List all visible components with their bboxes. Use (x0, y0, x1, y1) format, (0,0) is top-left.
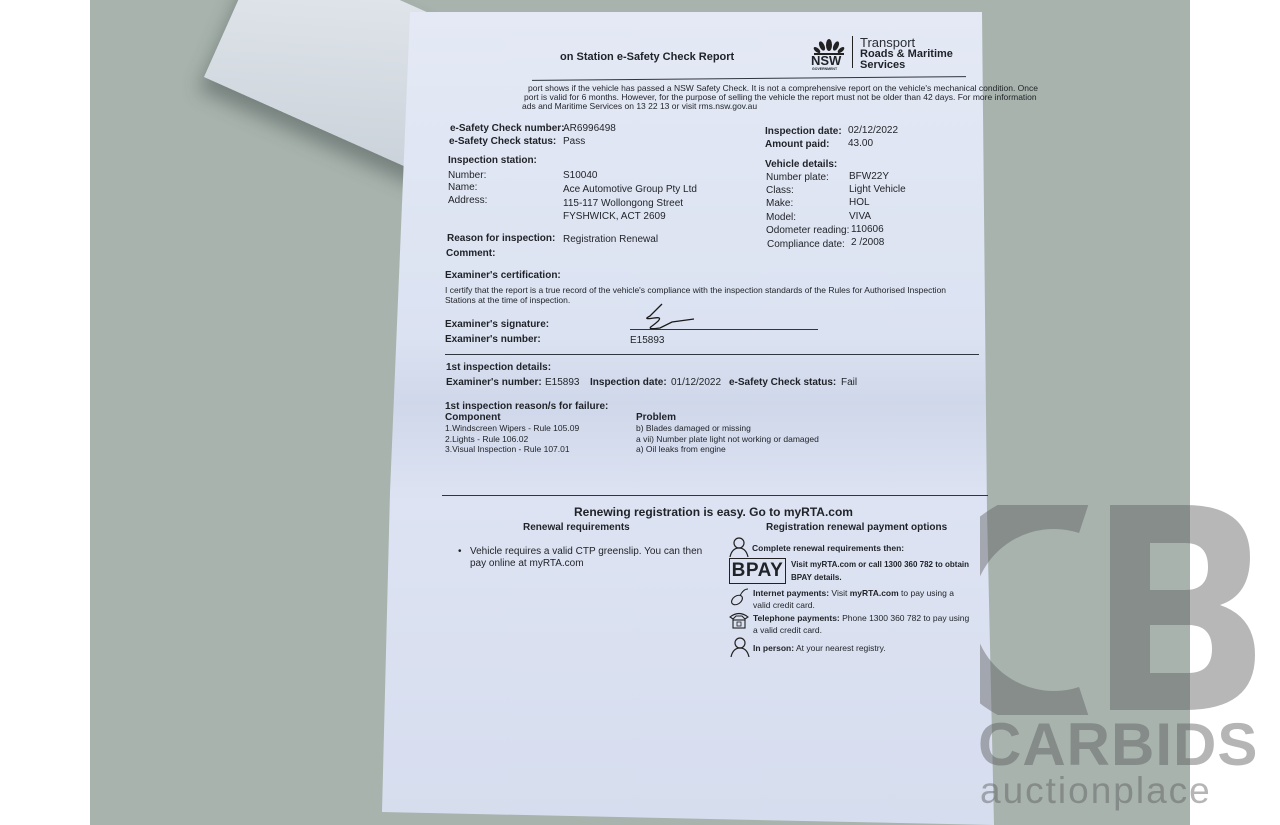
station-address-line2: FYSHWICK, ACT 2609 (563, 211, 666, 222)
first-date-value: 01/12/2022 (671, 377, 721, 388)
internet-text-a: Visit (831, 588, 847, 598)
payment-options-heading: Registration renewal payment options (766, 522, 947, 533)
in-person-text: At your nearest registry. (796, 643, 886, 653)
station-address-line1: 115-117 Wollongong Street (563, 198, 683, 209)
station-number-label: Number: (448, 170, 486, 181)
inspection-date-value: 02/12/2022 (848, 125, 898, 136)
first-status-label: e-Safety Check status: (729, 377, 836, 388)
certification-text-1: I certify that the report is a true reco… (445, 285, 946, 295)
first-examiner-label: Examiner's number: (446, 377, 542, 388)
nsw-logo-text: NSW (811, 53, 841, 68)
reason-label: Reason for inspection: (447, 233, 555, 244)
inspection-report: on Station e-Safety Check Report NSW GOV… (382, 12, 997, 825)
bpay-line-1: Visit myRTA.com or call 1300 360 782 to … (791, 560, 969, 569)
bpay-logo-text: BPAY (732, 560, 784, 581)
certification-divider (445, 354, 979, 355)
report-title: on Station e-Safety Check Report (560, 51, 734, 63)
compliance-label: Compliance date: (767, 239, 845, 250)
requirement-line-1: Vehicle requires a valid CTP greenslip. … (470, 546, 702, 557)
complete-requirements-text: Complete renewal requirements then: (752, 543, 904, 553)
examiner-number-value: E15893 (630, 335, 664, 346)
reason-value: Registration Renewal (563, 234, 658, 245)
renewal-headline: Renewing registration is easy. Go to myR… (574, 505, 853, 519)
certification-heading: Examiner's certification: (445, 270, 561, 281)
bpay-line-2: BPAY details. (791, 573, 842, 582)
compliance-value: 2 /2008 (851, 237, 884, 248)
failure-reasons-heading: 1st inspection reason/s for failure: (445, 401, 608, 412)
renewal-divider (442, 495, 988, 496)
examiner-signature (632, 302, 712, 332)
model-value: VIVA (849, 211, 871, 222)
check-number-value: AR6996498 (563, 123, 616, 134)
watermark-brand: CARBIDS (978, 710, 1258, 779)
requirement-line-2: pay online at myRTA.com (470, 558, 584, 569)
check-status-value: Pass (563, 136, 585, 147)
station-address-label: Address: (448, 195, 487, 206)
internet-text-b: to pay using a (901, 588, 954, 598)
problem-column-header: Problem (636, 412, 676, 423)
internet-line-2: valid credit card. (753, 600, 815, 610)
amount-paid-value: 43.00 (848, 138, 873, 149)
examiner-number-label: Examiner's number: (445, 334, 541, 345)
station-name-value: Ace Automotive Group Pty Ltd (563, 184, 697, 195)
carbids-logo-icon (980, 505, 1260, 715)
telephone-text: Phone 1300 360 782 to pay using (842, 613, 969, 623)
renewal-requirements-heading: Renewal requirements (523, 522, 630, 533)
check-number-label: e-Safety Check number: (450, 123, 564, 134)
government-text: GOVERNMENT (812, 67, 837, 71)
telephone-line-2: a valid credit card. (753, 625, 822, 635)
amount-paid-label: Amount paid: (765, 139, 829, 150)
logo-divider (852, 36, 853, 68)
in-person-icon (730, 636, 750, 658)
station-number-value: S10040 (563, 170, 597, 181)
in-person-label: In person: (753, 643, 794, 653)
odometer-value: 110606 (851, 224, 884, 235)
plate-label: Number plate: (766, 172, 829, 183)
failure-problem: a vii) Number plate light not working or… (636, 434, 819, 444)
computer-mouse-icon (729, 587, 749, 607)
logo-services: Services (860, 59, 905, 71)
vehicle-heading: Vehicle details: (765, 159, 837, 170)
telephone-payments-label: Telephone payments: (753, 613, 840, 623)
myrta-link[interactable]: myRTA.com (850, 588, 899, 598)
component-column-header: Component (445, 412, 501, 423)
failure-problem: b) Blades damaged or missing (636, 423, 751, 433)
header-divider (532, 76, 966, 81)
plate-value: BFW22Y (849, 171, 889, 182)
failure-component: 1.Windscreen Wipers - Rule 105.09 (445, 423, 579, 433)
signature-line (630, 329, 818, 330)
signature-label: Examiner's signature: (445, 319, 549, 330)
certification-text-2: Stations at the time of inspection. (445, 295, 570, 305)
intro-line-3: ads and Maritime Services on 13 22 13 or… (522, 101, 757, 111)
station-heading: Inspection station: (448, 155, 537, 166)
person-icon (729, 536, 749, 558)
carbids-watermark: CARBIDS auctionplace (960, 500, 1280, 820)
telephone-icon (728, 610, 750, 630)
bpay-logo: BPAY (729, 558, 786, 584)
check-status-label: e-Safety Check status: (449, 136, 556, 147)
first-inspection-heading: 1st inspection details: (446, 362, 551, 373)
requirement-bullet: • (458, 546, 462, 557)
failure-component: 3.Visual Inspection - Rule 107.01 (445, 444, 570, 454)
failure-component: 2.Lights - Rule 106.02 (445, 434, 528, 444)
watermark-sub: auctionplace (980, 770, 1212, 812)
station-name-label: Name: (448, 182, 477, 193)
comment-label: Comment: (446, 248, 495, 259)
odometer-label: Odometer reading: (766, 225, 849, 236)
first-status-value: Fail (841, 377, 857, 388)
failure-problem: a) Oil leaks from engine (636, 444, 726, 454)
class-value: Light Vehicle (849, 184, 906, 195)
model-label: Model: (766, 212, 796, 223)
first-examiner-value: E15893 (545, 377, 579, 388)
first-date-label: Inspection date: (590, 377, 667, 388)
inspection-date-label: Inspection date: (765, 126, 842, 137)
internet-payments-label: Internet payments: (753, 588, 829, 598)
class-label: Class: (766, 185, 794, 196)
make-label: Make: (766, 198, 793, 209)
make-value: HOL (849, 197, 870, 208)
